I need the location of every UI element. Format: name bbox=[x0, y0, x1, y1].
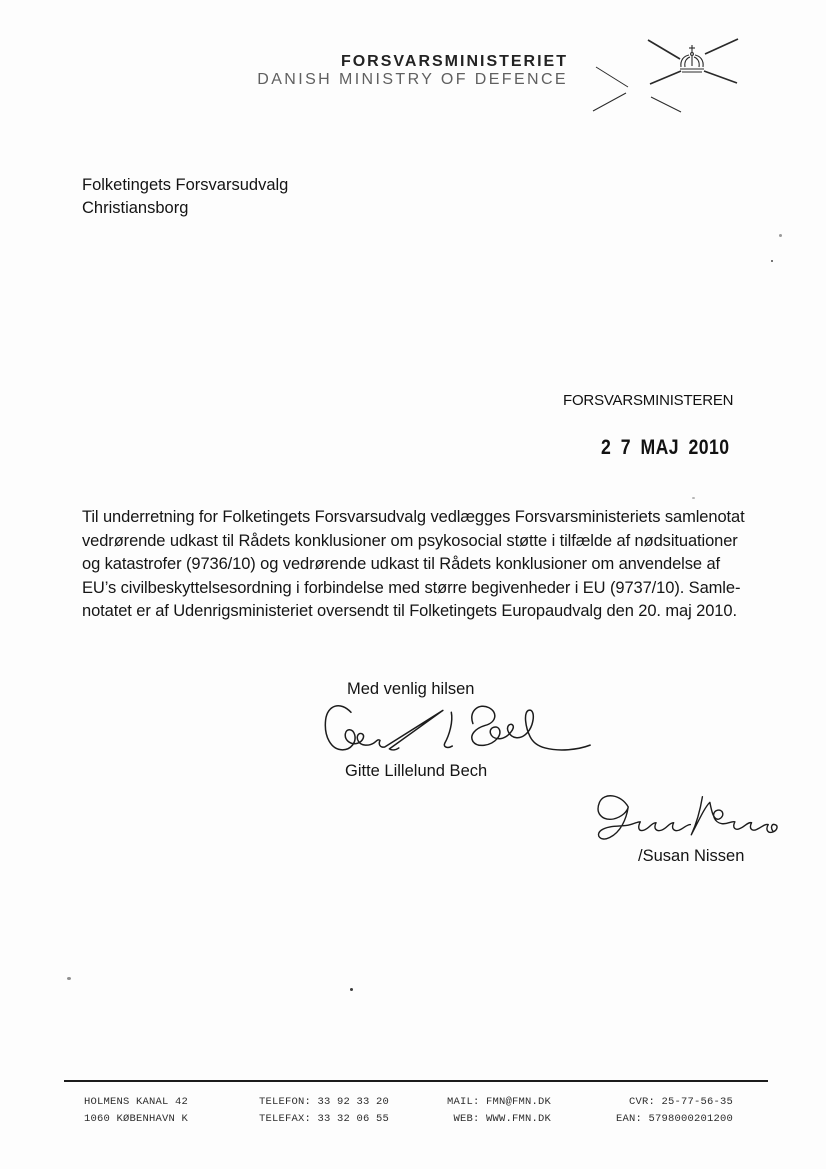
footer-registry-column: CVR: 25-77-56-35 EAN: 5798000201200 bbox=[598, 1094, 733, 1127]
footer-divider bbox=[64, 1080, 768, 1082]
scan-speck bbox=[779, 234, 782, 237]
body-line: Til underretning for Folketingets Forsva… bbox=[82, 506, 745, 530]
recipient-name: Folketingets Forsvarsudvalg bbox=[82, 174, 288, 197]
footer-mail: MAIL: FMN@FMN.DK bbox=[420, 1094, 551, 1111]
salutation: Med venlig hilsen bbox=[347, 680, 475, 699]
scan-speck bbox=[692, 497, 695, 499]
scanned-letter-page: FORSVARSMINISTERIET DANISH MINISTRY OF D… bbox=[0, 0, 826, 1169]
recipient-address-block: Folketingets Forsvarsudvalg Christiansbo… bbox=[82, 174, 288, 220]
date-stamp: 2 7 MAJ 2010 bbox=[601, 436, 729, 460]
letterhead: FORSVARSMINISTERIET DANISH MINISTRY OF D… bbox=[257, 53, 568, 88]
ministry-logo bbox=[588, 30, 748, 122]
footer-phone-column: TELEFON: 33 92 33 20 TELEFAX: 33 32 06 5… bbox=[259, 1094, 389, 1127]
scan-speck bbox=[350, 988, 353, 991]
crossed-lines-icon bbox=[593, 39, 738, 112]
recipient-address: Christiansborg bbox=[82, 197, 288, 220]
footer-web: WEB: WWW.FMN.DK bbox=[420, 1111, 551, 1128]
body-line: notatet er af Udenrigsministeriet overse… bbox=[82, 600, 745, 624]
body-line: EU’s civilbeskyttelsesordning i forbinde… bbox=[82, 577, 745, 601]
primary-signer-name: Gitte Lillelund Bech bbox=[345, 762, 487, 781]
crown-icon bbox=[680, 45, 704, 72]
secondary-signer-name: /Susan Nissen bbox=[638, 847, 744, 866]
scan-speck bbox=[771, 260, 773, 262]
signature-susan-nissen bbox=[593, 789, 797, 849]
body-line: vedrørende udkast til Rådets konklusione… bbox=[82, 530, 745, 554]
scan-speck bbox=[67, 977, 71, 980]
footer-city: 1060 KØBENHAVN K bbox=[84, 1111, 188, 1128]
letter-body: Til underretning for Folketingets Forsva… bbox=[82, 506, 745, 624]
body-line: og katastrofer (9736/10) og vedrørende u… bbox=[82, 553, 745, 577]
ministry-name-en: DANISH MINISTRY OF DEFENCE bbox=[257, 71, 568, 88]
ministry-name-da: FORSVARSMINISTERIET bbox=[257, 53, 568, 71]
signature-gitte-lillelund-bech bbox=[320, 699, 592, 765]
footer-online-column: MAIL: FMN@FMN.DK WEB: WWW.FMN.DK bbox=[420, 1094, 551, 1127]
footer-ean: EAN: 5798000201200 bbox=[598, 1111, 733, 1128]
footer-address-column: HOLMENS KANAL 42 1060 KØBENHAVN K bbox=[84, 1094, 188, 1127]
footer-street: HOLMENS KANAL 42 bbox=[84, 1094, 188, 1111]
footer-telefon: TELEFON: 33 92 33 20 bbox=[259, 1094, 389, 1111]
footer-cvr: CVR: 25-77-56-35 bbox=[598, 1094, 733, 1111]
footer-telefax: TELEFAX: 33 32 06 55 bbox=[259, 1111, 389, 1128]
sender-title: FORSVARSMINISTEREN bbox=[563, 392, 733, 409]
